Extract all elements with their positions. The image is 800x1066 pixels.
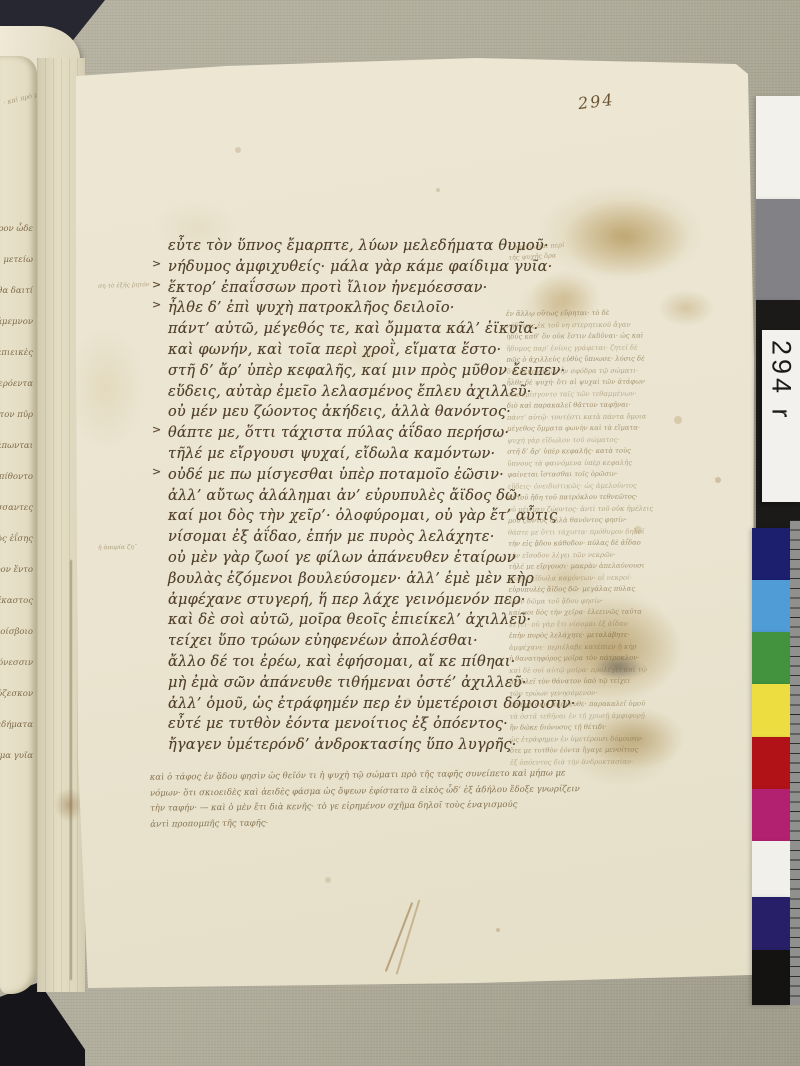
facing-page-text-fragment: θινὶ πολυφλοίσβοιο xyxy=(0,617,35,648)
verse-text: εὖτέ με τυτθὸν ἐόντα μενοίτιος ἐξ ὀπόεντ… xyxy=(168,716,508,732)
diple-mark: > xyxy=(152,257,161,270)
verse-line: ἄλλο δέ τοι ἐρέω, καὶ ἐφήσομαι, αἴ κε πί… xyxy=(168,652,548,673)
verse-text: ἀμφέχανε στυγερή, ἥ περ λάχε γεινόμενόν … xyxy=(168,592,526,608)
verse-line: >ἕκτορ’ ἐπαΐσσων προτὶ ἴλιον ἠνεμόεσσαν· xyxy=(168,278,548,299)
calibration-patch-dark-blue xyxy=(752,528,790,580)
ruler-scale xyxy=(790,520,800,1005)
verse-text: ἦλθε δ’ ἐπὶ ψυχὴ πατροκλῆος δειλοῖο· xyxy=(168,300,455,316)
facing-page-text-fragment: πειθώμεθα δαιτί xyxy=(0,276,35,307)
verse-text: βουλὰς ἑζόμενοι βουλεύσομεν· ἀλλ’ ἐμὲ μὲ… xyxy=(168,571,534,587)
calibration-patch-light-blue xyxy=(752,580,790,632)
verse-line: νίσομαι ἐξ ἀΐδαο, ἐπήν με πυρὸς λελάχητε… xyxy=(168,527,548,548)
verse-text: οὐ μέν μευ ζώοντος ἀκήδεις, ἀλλὰ θανόντο… xyxy=(168,404,511,420)
verse-line: >οὐδέ με πω μίσγεσθαι ὑπὲρ ποταμοῖο ἐῶσι… xyxy=(168,465,548,486)
verse-text: μὴ ἐμὰ σῶν ἀπάνευθε τιθήμεναι ὀστέ’ ἀχιλ… xyxy=(168,675,527,691)
verse-text: ἤγαγεν ὑμέτερόνδ’ ἀνδροκτασίης ὕπο λυγρῆ… xyxy=(168,737,516,753)
facing-page-edge: · καὶ πρὸ μέρ τιν · μ’ ἔτι δεύτερον ὧδεὄ… xyxy=(0,56,37,994)
verse-line: βουλὰς ἑζόμενοι βουλεύσομεν· ἀλλ’ ἐμὲ μὲ… xyxy=(168,569,548,590)
facing-page-text-fragment: μ’ ἔτι δεύτερον ὧδε xyxy=(0,214,35,245)
verse-line: >νήδυμος ἀμφιχυθείς· μάλα γὰρ κάμε φαίδι… xyxy=(168,257,548,278)
verse-text: ἀλλ’ αὔτως ἀλάλημαι ἀν’ εὐρυπυλὲς ἄϊδος … xyxy=(168,488,522,504)
verse-line: ἀμφέχανε στυγερή, ἥ περ λάχε γεινόμενόν … xyxy=(168,590,548,611)
folio-label-sticker: 294 r xyxy=(762,330,800,502)
verse-text: εὖτε τὸν ὕπνος ἔμαρπτε, λύων μελεδήματα … xyxy=(168,238,549,254)
facing-page-text-fragment: ὑπὸ ζόφον ἠερόεντα xyxy=(0,369,35,400)
verse-text: πάντ’ αὐτῶ, μέγεθός τε, καὶ ὄμματα κάλ’ … xyxy=(168,321,538,337)
facing-page-text-fragment: δόρπον ἐφοπλίσσαντες xyxy=(0,493,35,524)
verse-text: καὶ φωνήν, καὶ τοῖα περὶ χροῒ, εἵματα ἕσ… xyxy=(168,342,501,358)
verse-text: καί μοι δὸς τὴν χεῖρ’· ὀλοφύρομαι, οὐ γὰ… xyxy=(168,508,557,524)
verse-line: οὐ μέν μευ ζώοντος ἀκήδεις, ἀλλὰ θανόντο… xyxy=(168,402,548,423)
verse-line: τείχει ὕπο τρώων εὐηφενέων ἀπολέσθαι· xyxy=(168,631,548,652)
verse-text: ἕκτορ’ ἐπαΐσσων προτὶ ἴλιον ἠνεμόεσσαν· xyxy=(168,280,487,296)
bottom-scholia: καὶ ὁ τάφος ἐν ᾅδου φησὶν ὡς θεῖόν τι ἡ … xyxy=(150,765,667,832)
facing-page-text-fragment: μάλα μὲν κλύον ἠδ’ ἐπίθοντο xyxy=(0,462,35,493)
right-margin-scholia: ἐν ἄλλῳ οὕτως εὕρηται· τὸ δὲνήδυμος ἐκ τ… xyxy=(506,307,675,768)
calibration-patch-red xyxy=(752,737,790,789)
color-calibration-bar: 294 r xyxy=(752,96,800,1005)
verse-line: >ἦλθε δ’ ἐπὶ ψυχὴ πατροκλῆος δειλοῖο· xyxy=(168,298,548,319)
verse-text: τείχει ὕπο τρώων εὐηφενέων ἀπολέσθαι· xyxy=(168,633,478,649)
facing-page-text-fragment: ἔμαρπτε λύων μελεδήματα xyxy=(0,710,35,741)
gutter-crease xyxy=(70,560,72,980)
verse-text: οὐ μὲν γὰρ ζωοί γε φίλων ἀπάνευθεν ἑταίρ… xyxy=(168,550,516,566)
verse-line: μὴ ἐμὰ σῶν ἀπάνευθε τιθήμεναι ὀστέ’ ἀχιλ… xyxy=(168,673,548,694)
gutter-stain xyxy=(54,788,84,822)
facing-page-text-fragment: ἐπιφλέγῃ ἀκάματον πῦρ xyxy=(0,400,35,431)
verse-line: εὕδεις, αὐτὰρ ἐμεῖο λελασμένος ἔπλευ ἀχι… xyxy=(168,382,548,403)
calibration-patch-green xyxy=(752,632,790,684)
verse-text: νίσομαι ἐξ ἀΐδαο, ἐπήν με πυρὸς λελάχητε… xyxy=(168,529,495,545)
verse-line: ἀλλ’ αὔτως ἀλάλημαι ἀν’ εὐρυπυλὲς ἄϊδος … xyxy=(168,486,548,507)
verse-line: ἀλλ’ ὁμοῦ, ὡς ἐτράφημέν περ ἐν ὑμετέροισ… xyxy=(168,694,548,715)
facing-page-text-fragment: ἄναξ ἀνδρῶν ἀγάμεμνον xyxy=(0,307,35,338)
calibration-patch-magenta xyxy=(752,789,790,841)
verse-line: καὶ δὲ σοὶ αὐτῶ, μοῖρα θεοῖς ἐπιείκελ’ ἀ… xyxy=(168,610,548,631)
main-text-block: εὖτε τὸν ὕπνος ἔμαρπτε, λύων μελεδήματα … xyxy=(168,236,548,756)
facing-page-text-fragment: λαοὶ δ’ ἐπὶ ἔργα τράπωνται xyxy=(0,431,35,462)
verse-text: νήδυμος ἀμφιχυθείς· μάλα γὰρ κάμε φαίδιμ… xyxy=(168,259,552,275)
calibration-patch-gray xyxy=(756,199,800,300)
bottom-scholia-line: ἀντὶ προπομπῆς τῆς ταφῆς· xyxy=(150,815,357,833)
calibration-patch-black-2 xyxy=(752,950,790,1005)
left-margin-gloss-2: ἡ ἀπορία ζη῀ xyxy=(98,544,137,552)
verse-text: τῆλέ με εἴργουσι ψυχαί, εἴδωλα καμόντων· xyxy=(168,446,495,462)
facing-page-text-fragment: ἐδεύετο δαιτὸς ἐΐσης xyxy=(0,524,35,555)
verse-line: εὖτε τὸν ὕπνος ἔμαρπτε, λύων μελεδήματα … xyxy=(168,236,548,257)
verse-text: ἄλλο δέ τοι ἐρέω, καὶ ἐφήσομαι, αἴ κε πί… xyxy=(168,654,515,670)
left-margin-gloss-1: ση τὸ ἑξῆς ῥητόν xyxy=(98,281,150,290)
facing-page-text-column: μ’ ἔτι δεύτερον ὧδεὄφρα ζωοῖσι μετείωπει… xyxy=(0,214,35,772)
diple-mark: > xyxy=(152,278,161,291)
verse-text: θάπτε με, ὅττι τάχιστα πύλας ἀΐδαο περήσ… xyxy=(168,425,509,441)
verse-line: καί μοι δὸς τὴν χεῖρ’· ὀλοφύρομαι, οὐ γὰ… xyxy=(168,506,548,527)
diple-mark: > xyxy=(152,423,161,436)
calibration-patch-white-top xyxy=(756,96,800,199)
manuscript-photograph: · καὶ πρὸ μέρ τιν · μ’ ἔτι δεύτερον ὧδεὄ… xyxy=(0,0,800,1066)
verse-text: εὕδεις, αὐτὰρ ἐμεῖο λελασμένος ἔπλευ ἀχι… xyxy=(168,384,532,400)
calibration-patch-yellow xyxy=(752,684,790,737)
facing-page-text-fragment: κύματ’ ἐπ’ ἠϊόνος κλύζεσκον xyxy=(0,679,35,710)
verse-text: οὐδέ με πω μίσγεσθαι ὑπὲρ ποταμοῖο ἐῶσιν… xyxy=(168,467,504,483)
verse-line: >θάπτε με, ὅττι τάχιστα πύλας ἀΐδαο περή… xyxy=(168,423,548,444)
verse-line: καὶ φωνήν, καὶ τοῖα περὶ χροῒ, εἵματα ἕσ… xyxy=(168,340,548,361)
facing-page-text-fragment: ὄφρα ζωοῖσι μετείω xyxy=(0,245,35,276)
calibration-patch-white-2 xyxy=(752,841,790,897)
verse-line: ἤγαγεν ὑμέτερόνδ’ ἀνδροκτασίης ὕπο λυγρῆ… xyxy=(168,735,548,756)
verse-line: οὐ μὲν γὰρ ζωοί γε φίλων ἀπάνευθεν ἑταίρ… xyxy=(168,548,548,569)
facing-page-text-fragment: πολέσιν μετὰ μυρμιδόνεσσιν xyxy=(0,648,35,679)
facing-page-text-fragment: ἔβαν κλισίην δὲ ἕκαστος xyxy=(0,586,35,617)
calibration-patch-navy xyxy=(752,897,790,950)
diple-mark: > xyxy=(152,298,161,311)
verse-line: εὖτέ με τυτθὸν ἐόντα μενοίτιος ἐξ ὀπόεντ… xyxy=(168,714,548,735)
folio-label-text: 294 r xyxy=(766,330,797,502)
facing-page-text-fragment: καὶ ἐδητύος ἐξ ἔρον ἕντο xyxy=(0,555,35,586)
verse-line: στῆ δ’ ἄρ’ ὑπὲρ κεφαλῆς, καί μιν πρὸς μῦ… xyxy=(168,361,548,382)
verse-line: πάντ’ αὐτῶ, μέγεθός τε, καὶ ὄμματα κάλ’ … xyxy=(168,319,548,340)
verse-line: τῆλέ με εἴργουσι ψυχαί, εἴδωλα καμόντων· xyxy=(168,444,548,465)
manuscript-page-294r: 294 † σημείωσαι περὶτῆς ψυχῆς ὅρα εὖτε τ… xyxy=(76,58,754,992)
facing-page-text-fragment: μάλα γὰρ κάμε φαίδιμα γυῖα xyxy=(0,741,35,772)
diple-mark: > xyxy=(152,465,161,478)
facing-page-text-fragment: τε σχεῖν ὅσσ’ ἐπιεικὲς xyxy=(0,338,35,369)
verse-text: καὶ δὲ σοὶ αὐτῶ, μοῖρα θεοῖς ἐπιείκελ’ ἀ… xyxy=(168,612,531,628)
folio-number: 294 xyxy=(577,90,616,113)
